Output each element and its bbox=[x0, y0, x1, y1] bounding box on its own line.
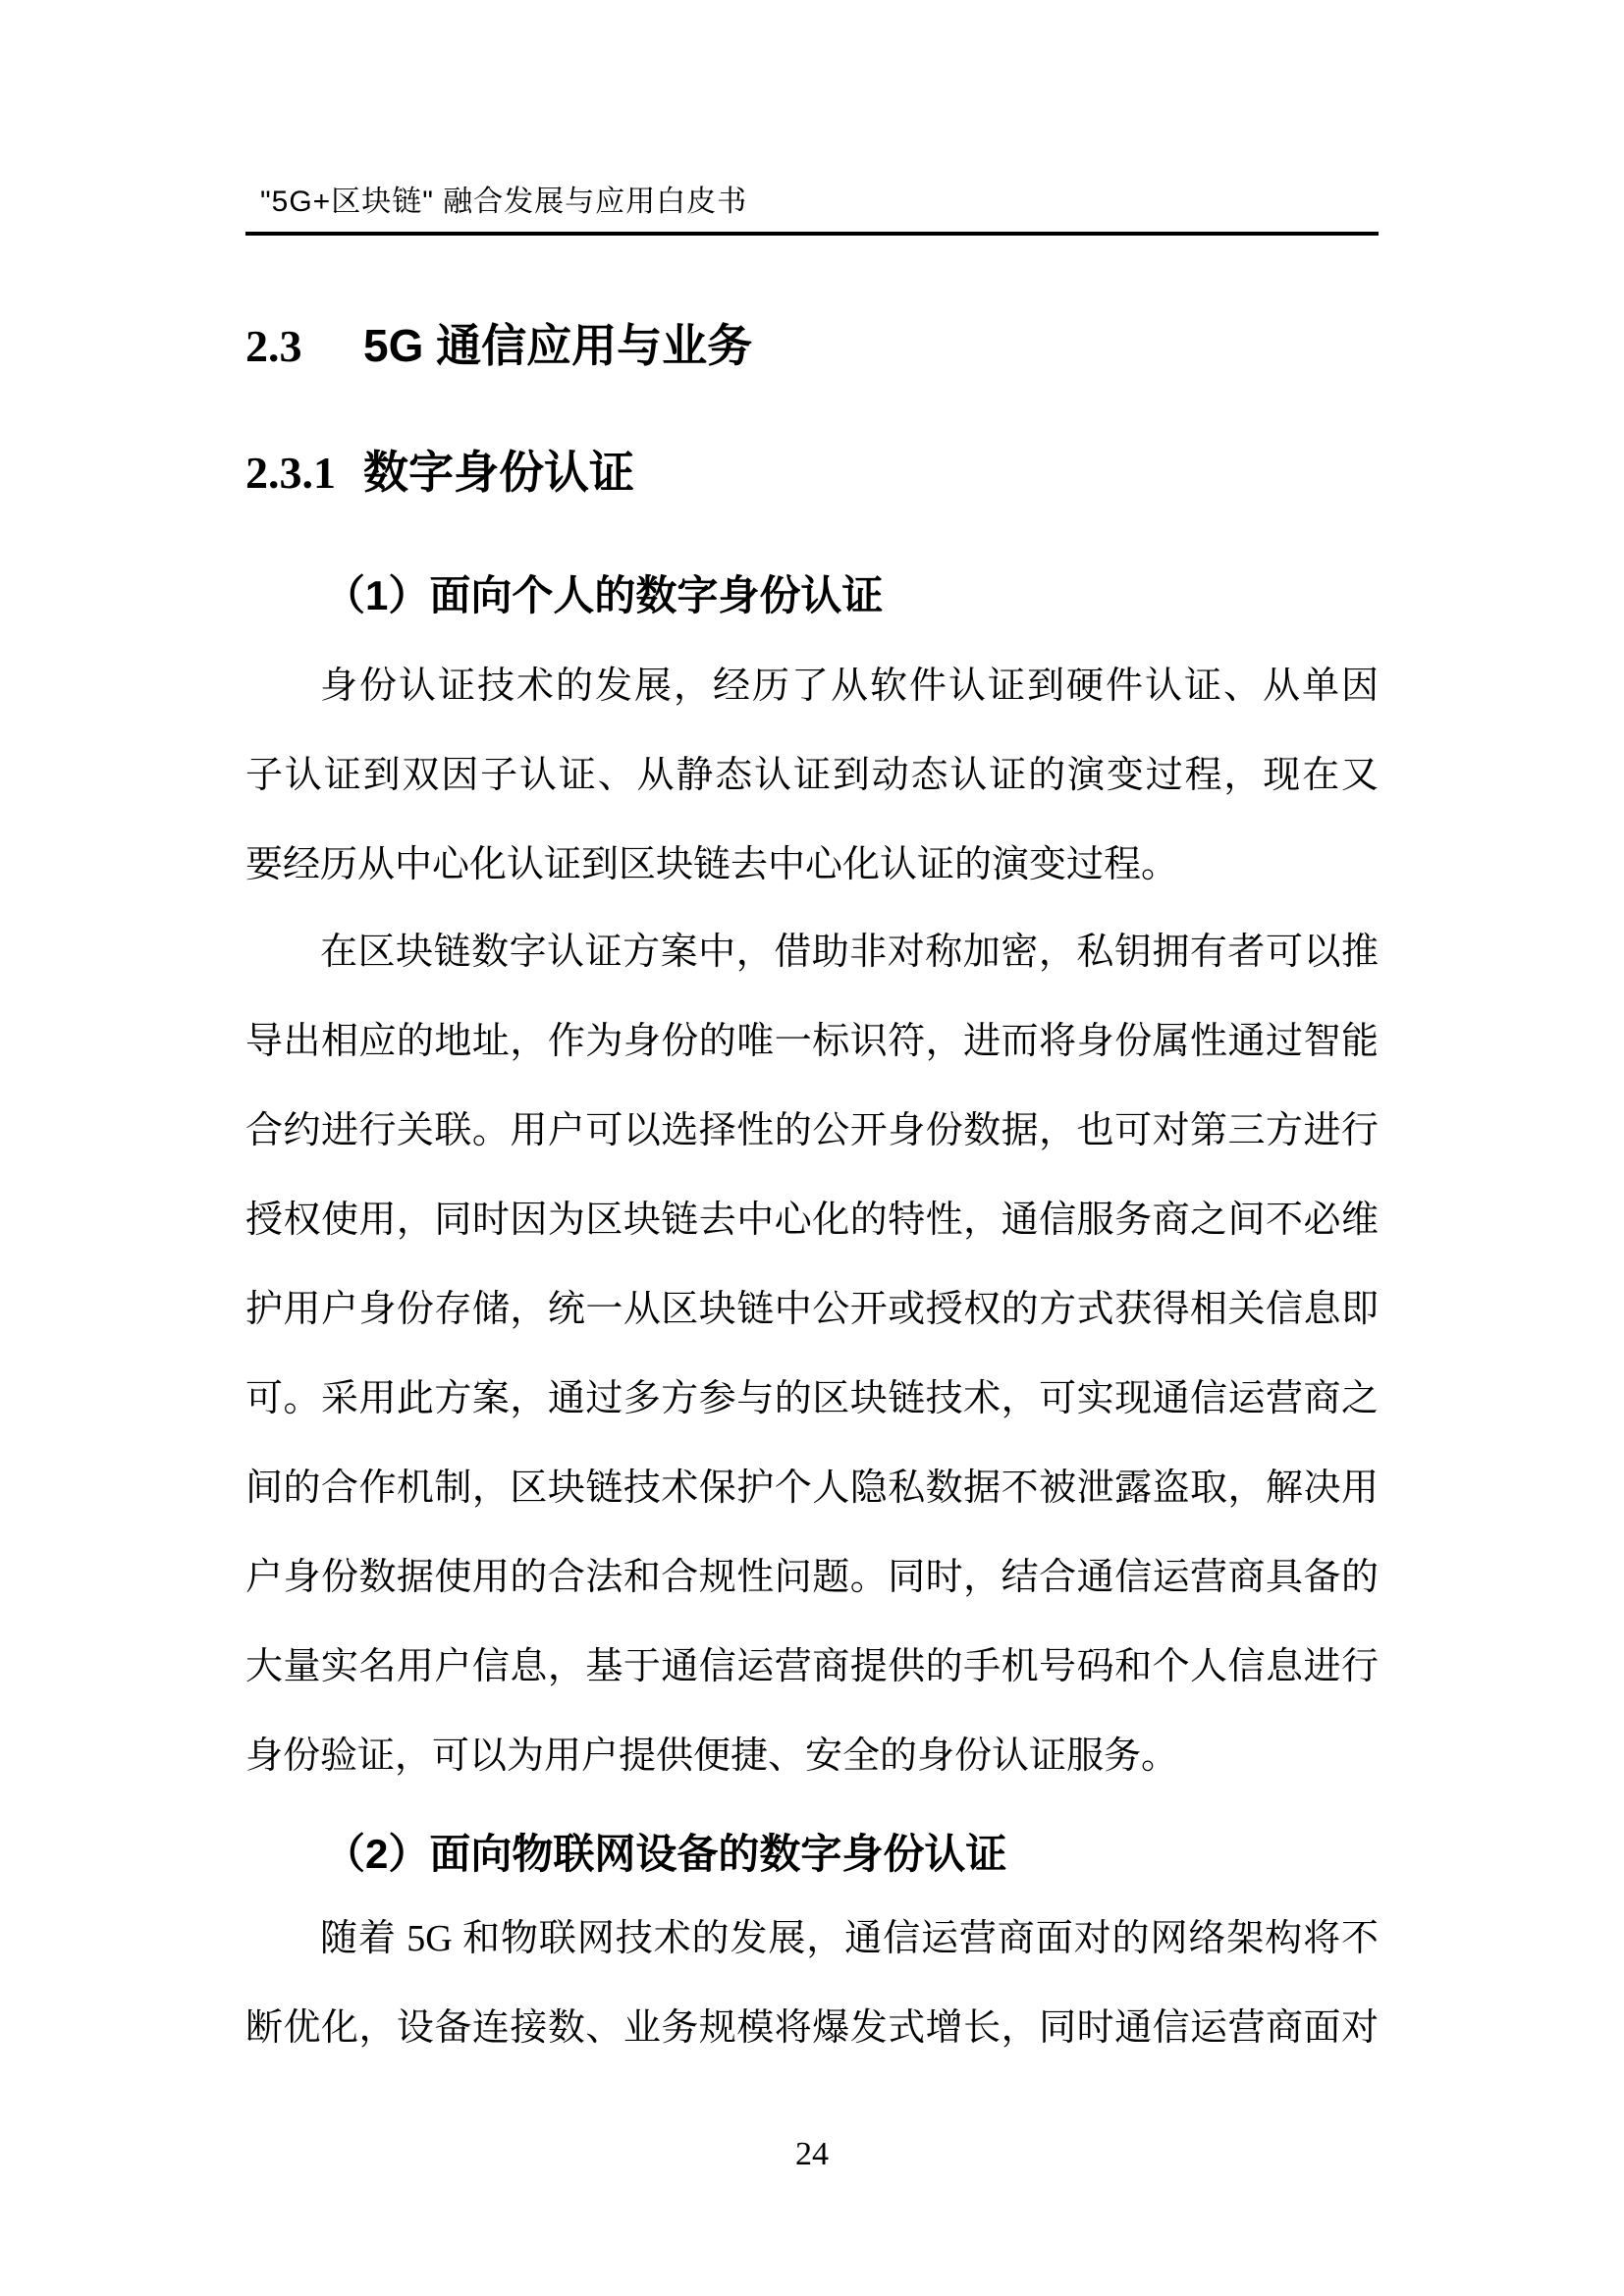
paragraph-2-line: 合约进行关联。用户可以选择性的公开身份数据，也可对第三方进行 bbox=[245, 1087, 1379, 1176]
paragraph-1-line: 子认证到双因子认证、从静态认证到动态认证的演变过程，现在又 bbox=[245, 731, 1379, 821]
paragraph-2-line: 护用户身份存储，统一从区块链中公开或授权的方式获得相关信息即 bbox=[245, 1265, 1379, 1355]
heading-2-3-1: 2.3.1数字身份认证 bbox=[245, 443, 634, 503]
paragraph-1: 身份认证技术的发展，经历了从软件认证到硬件认证、从单因 子认证到双因子认证、从静… bbox=[245, 642, 1379, 910]
paragraph-2-line: 导出相应的地址，作为身份的唯一标识符，进而将身份属性通过智能 bbox=[245, 997, 1379, 1087]
paragraph-3: 随着 5G 和物联网技术的发展，通信运营商面对的网络架构将不 断优化，设备连接数… bbox=[245, 1895, 1379, 2073]
heading-2-3-1-number: 2.3.1 bbox=[245, 444, 363, 503]
paragraph-2: 在区块链数字认证方案中，借助非对称加密，私钥拥有者可以推 导出相应的地址，作为身… bbox=[245, 908, 1379, 1801]
header-rule bbox=[245, 232, 1379, 236]
paragraph-1-line: 要经历从中心化认证到区块链去中心化认证的演变过程。 bbox=[245, 821, 1379, 910]
subheading-1: （1）面向个人的数字身份认证 bbox=[245, 551, 1384, 640]
heading-2-3: 2.35G 通信应用与业务 bbox=[245, 316, 752, 376]
paragraph-1-line: 身份认证技术的发展，经历了从软件认证到硬件认证、从单因 bbox=[245, 642, 1379, 731]
subheading-2: （2）面向物联网设备的数字身份认证 bbox=[245, 1809, 1384, 1898]
page-number: 24 bbox=[0, 2135, 1624, 2174]
paragraph-2-line: 身份验证，可以为用户提供便捷、安全的身份认证服务。 bbox=[245, 1712, 1379, 1801]
paragraph-2-line: 可。采用此方案，通过多方参与的区块链技术，可实现通信运营商之 bbox=[245, 1355, 1379, 1444]
running-header: "5G+区块链" 融合发展与应用白皮书 bbox=[260, 183, 747, 222]
paragraph-2-line: 户身份数据使用的合法和合规性问题。同时，结合通信运营商具备的 bbox=[245, 1533, 1379, 1623]
heading-2-3-number: 2.3 bbox=[245, 317, 363, 376]
heading-2-3-1-title: 数字身份认证 bbox=[363, 447, 634, 498]
paragraph-2-line: 间的合作机制，区块链技术保护个人隐私数据不被泄露盗取，解决用 bbox=[245, 1444, 1379, 1533]
paragraph-2-line: 大量实名用户信息，基于通信运营商提供的手机号码和个人信息进行 bbox=[245, 1623, 1379, 1712]
paragraph-3-line: 断优化，设备连接数、业务规模将爆发式增长，同时通信运营商面对 bbox=[245, 1984, 1379, 2073]
paragraph-2-line: 授权使用，同时因为区块链去中心化的特性，通信服务商之间不必维 bbox=[245, 1176, 1379, 1265]
document-page: "5G+区块链" 融合发展与应用白皮书 2.35G 通信应用与业务 2.3.1数… bbox=[0, 0, 1624, 2296]
paragraph-3-line: 随着 5G 和物联网技术的发展，通信运营商面对的网络架构将不 bbox=[245, 1895, 1379, 1984]
paragraph-2-line: 在区块链数字认证方案中，借助非对称加密，私钥拥有者可以推 bbox=[245, 908, 1379, 997]
heading-2-3-title: 5G 通信应用与业务 bbox=[363, 320, 752, 371]
